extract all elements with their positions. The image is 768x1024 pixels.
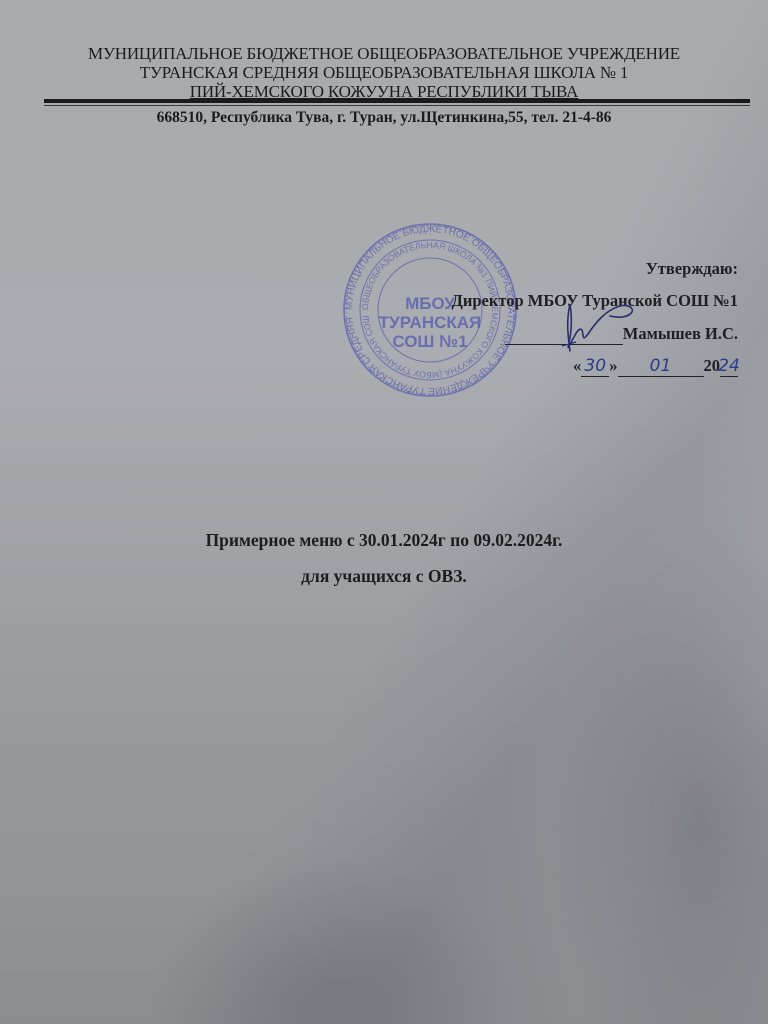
approval-title: Утверждаю:	[646, 259, 738, 279]
stamp-center-line-2: ТУРАНСКАЯ	[342, 313, 518, 332]
school-address: 668510, Республика Тува, г. Туран, ул.Ще…	[0, 109, 768, 127]
letterhead-line-1: МУНИЦИПАЛЬНОЕ БЮДЖЕТНОЕ ОБЩЕОБРАЗОВАТЕЛЬ…	[0, 44, 768, 63]
signature-icon	[548, 296, 638, 356]
date-open-quote: «	[573, 356, 581, 375]
date-month-blank: 01	[618, 356, 704, 377]
date-year-blank: 24	[720, 356, 738, 377]
date-month: 01	[650, 356, 672, 376]
date-close-quote: »	[609, 356, 617, 375]
signatory-name: Мамышев И.С.	[623, 324, 738, 343]
paper-shadow	[0, 0, 768, 1024]
date-year-suffix: 24	[718, 356, 740, 376]
date-day-blank: 30	[581, 356, 609, 377]
date-day: 30	[584, 356, 606, 376]
letterhead-divider-thick	[44, 99, 750, 103]
letterhead-divider-thin	[44, 105, 750, 106]
document-title: Примерное меню с 30.01.2024г по 09.02.20…	[0, 530, 768, 551]
letterhead-line-2: ТУРАНСКАЯ СРЕДНЯЯ ОБЩЕОБРАЗОВАТЕЛЬНАЯ ШК…	[0, 63, 768, 82]
document-subtitle: для учащихся с ОВЗ.	[0, 566, 768, 587]
approval-date: « 30» 0120 24	[573, 356, 738, 377]
stamp-center-line-3: СОШ №1	[342, 332, 518, 351]
